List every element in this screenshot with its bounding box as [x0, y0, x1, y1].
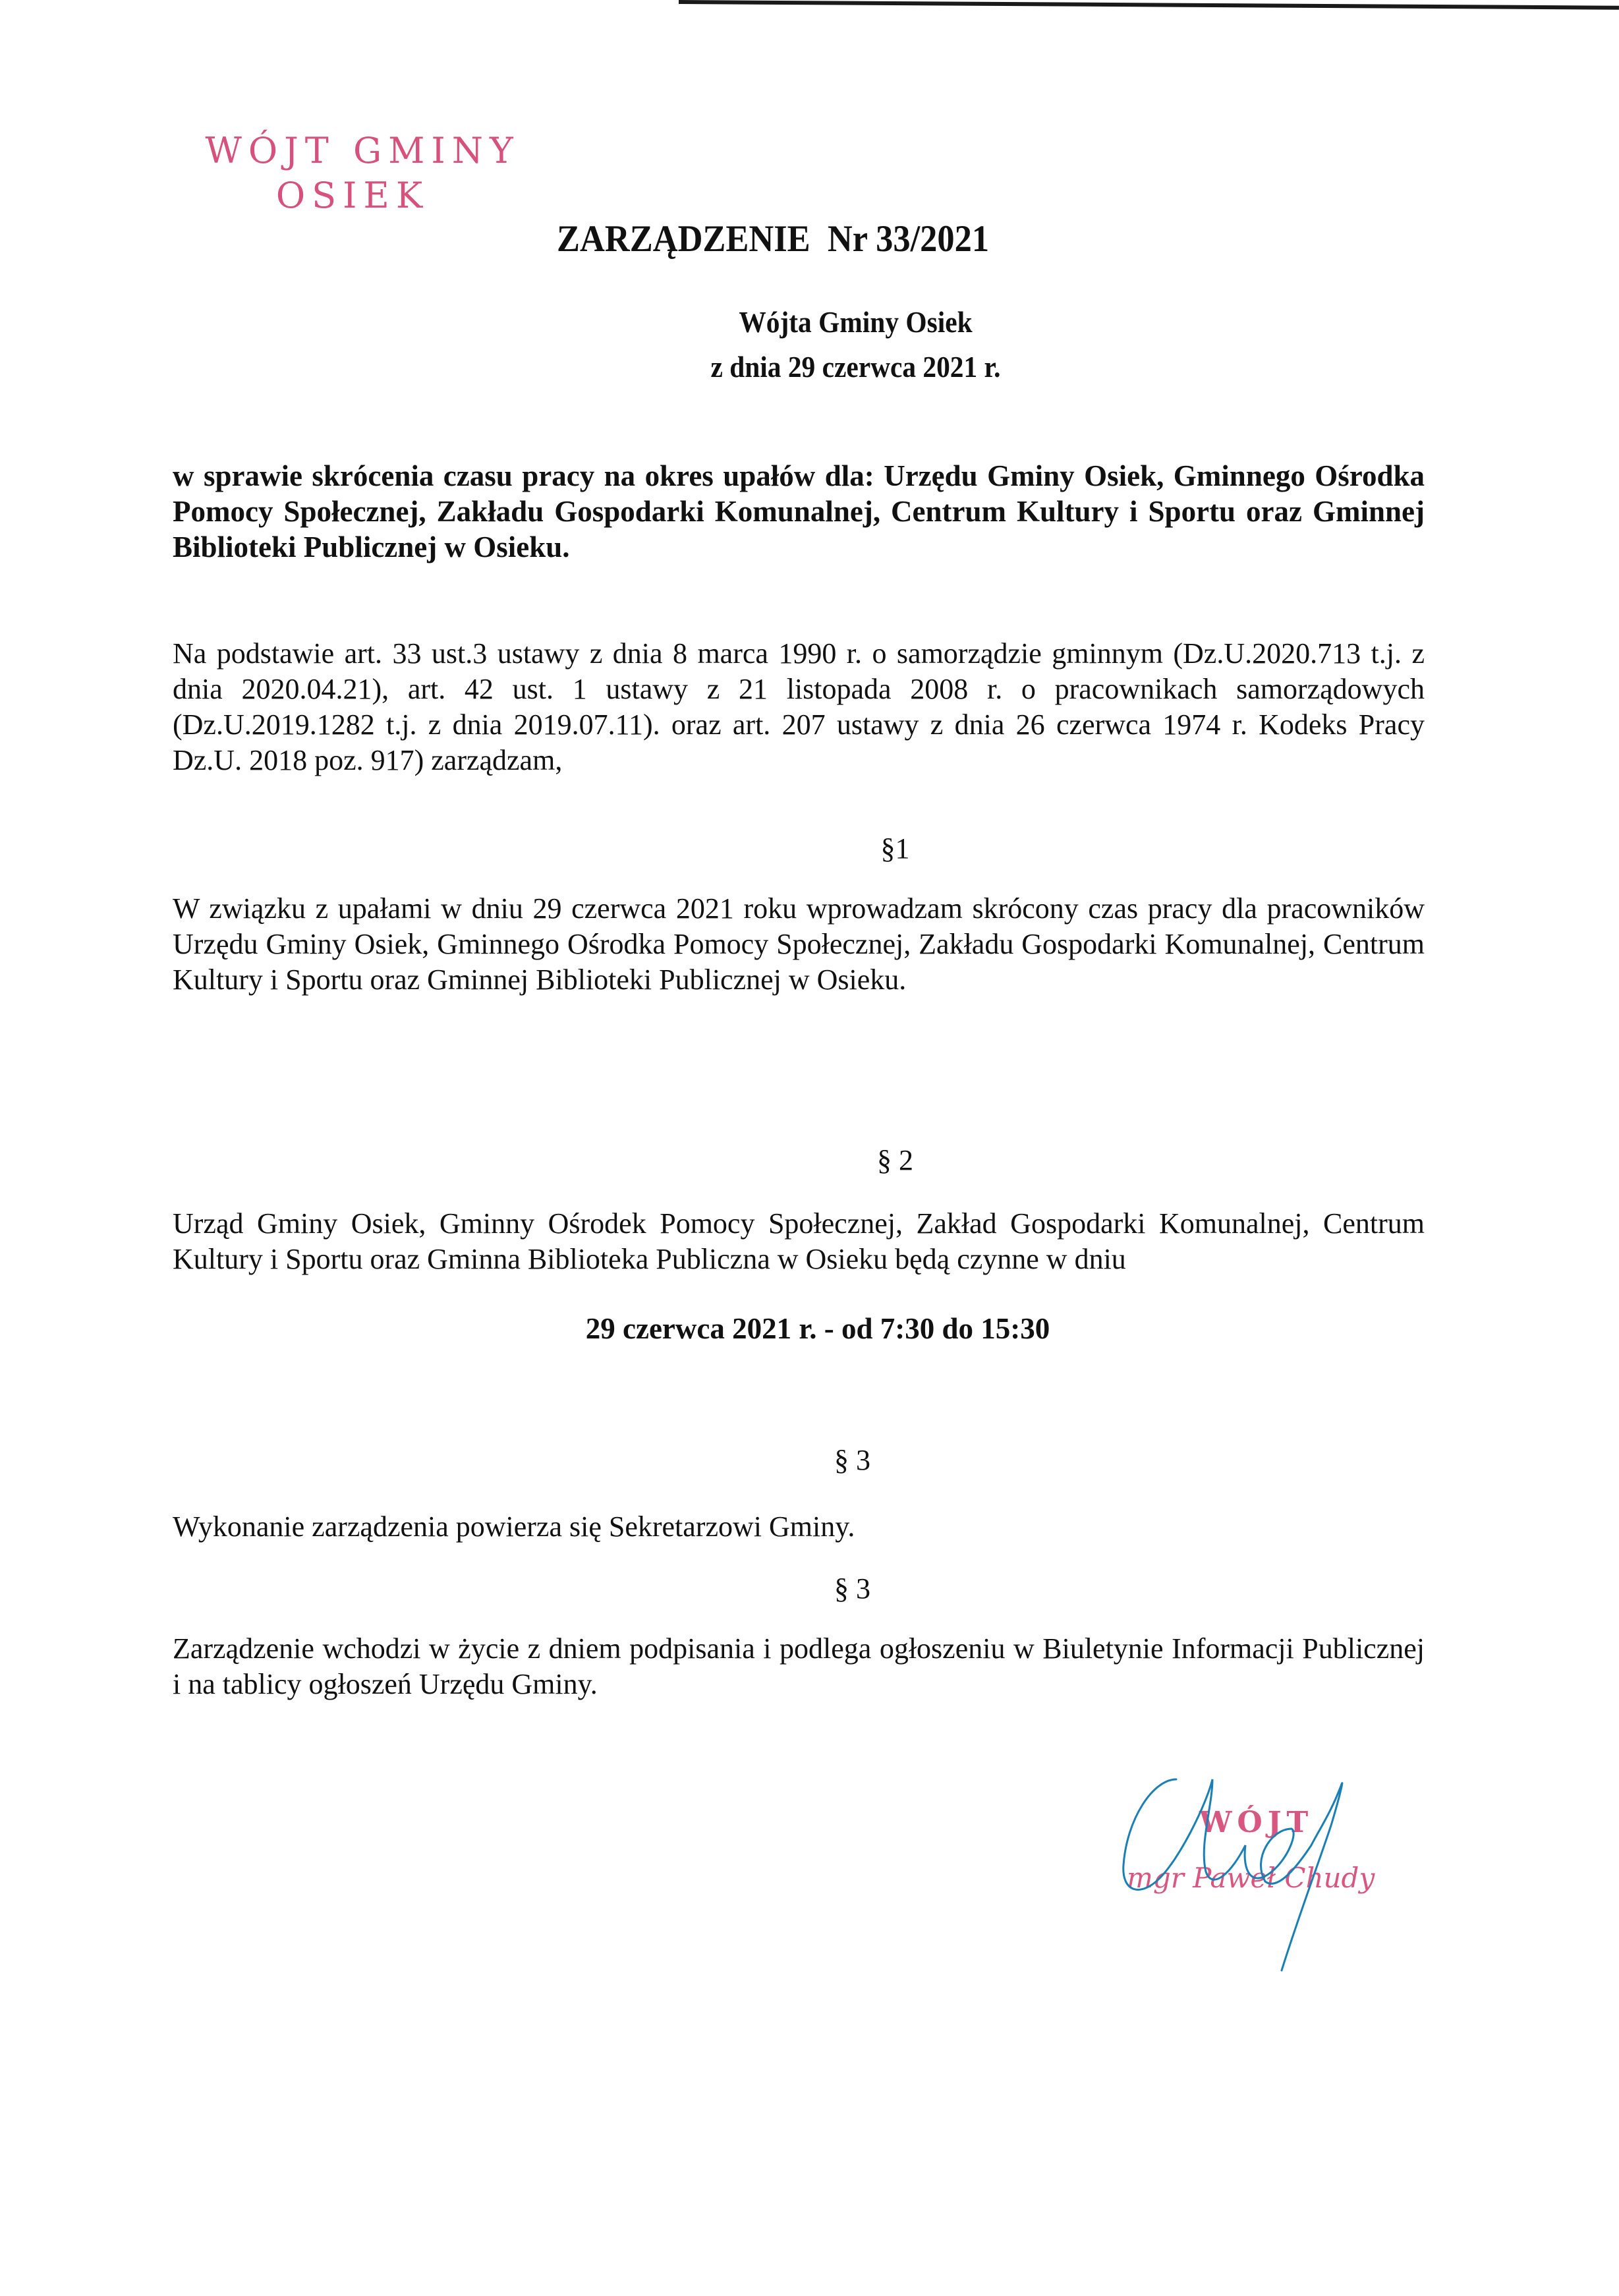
section-mark-3: § 3 — [43, 1443, 1619, 1477]
header-stamp-line1: WÓJT GMINY — [178, 129, 547, 173]
section-text-3: Wykonanie zarządzenia powierza się Sekre… — [173, 1509, 1425, 1545]
section-mark-2: § 2 — [86, 1143, 1619, 1177]
document-title: ZARZĄDZENIE Nr 33/2021 — [557, 217, 989, 260]
working-hours-text: 29 czerwca 2021 r. - od 7:30 do 15:30 — [586, 1311, 1050, 1346]
header-stamp: WÓJT GMINY OSIEK — [178, 129, 547, 218]
section-text-4: Zarządzenie wchodzi w życie z dniem podp… — [173, 1631, 1425, 1702]
document-subject: w sprawie skrócenia czasu pracy na okres… — [173, 458, 1425, 565]
working-hours: 29 czerwca 2021 r. - od 7:30 do 15:30 — [0, 1311, 1619, 1346]
document-date: z dnia 29 czerwca 2021 r. — [154, 345, 1558, 389]
handwritten-signature-icon — [1114, 1766, 1417, 1984]
section-mark-4: § 3 — [43, 1572, 1619, 1605]
section-text-1: W związku z upałami w dniu 29 czerwca 20… — [173, 891, 1425, 998]
signature-block: WÓJT mgr Paweł Chudy — [1114, 1766, 1417, 1984]
header-stamp-line2: OSIEK — [158, 173, 547, 218]
section-mark-1: §1 — [86, 832, 1619, 865]
document-issuer-block: Wójta Gminy Osiek z dnia 29 czerwca 2021… — [0, 300, 1619, 389]
section-text-2: Urząd Gminy Osiek, Gminny Ośrodek Pomocy… — [173, 1206, 1425, 1277]
scan-edge-line — [679, 0, 1619, 10]
document-issuer: Wójta Gminy Osiek — [154, 300, 1558, 345]
legal-basis: Na podstawie art. 33 ust.3 ustawy z dnia… — [173, 636, 1425, 778]
